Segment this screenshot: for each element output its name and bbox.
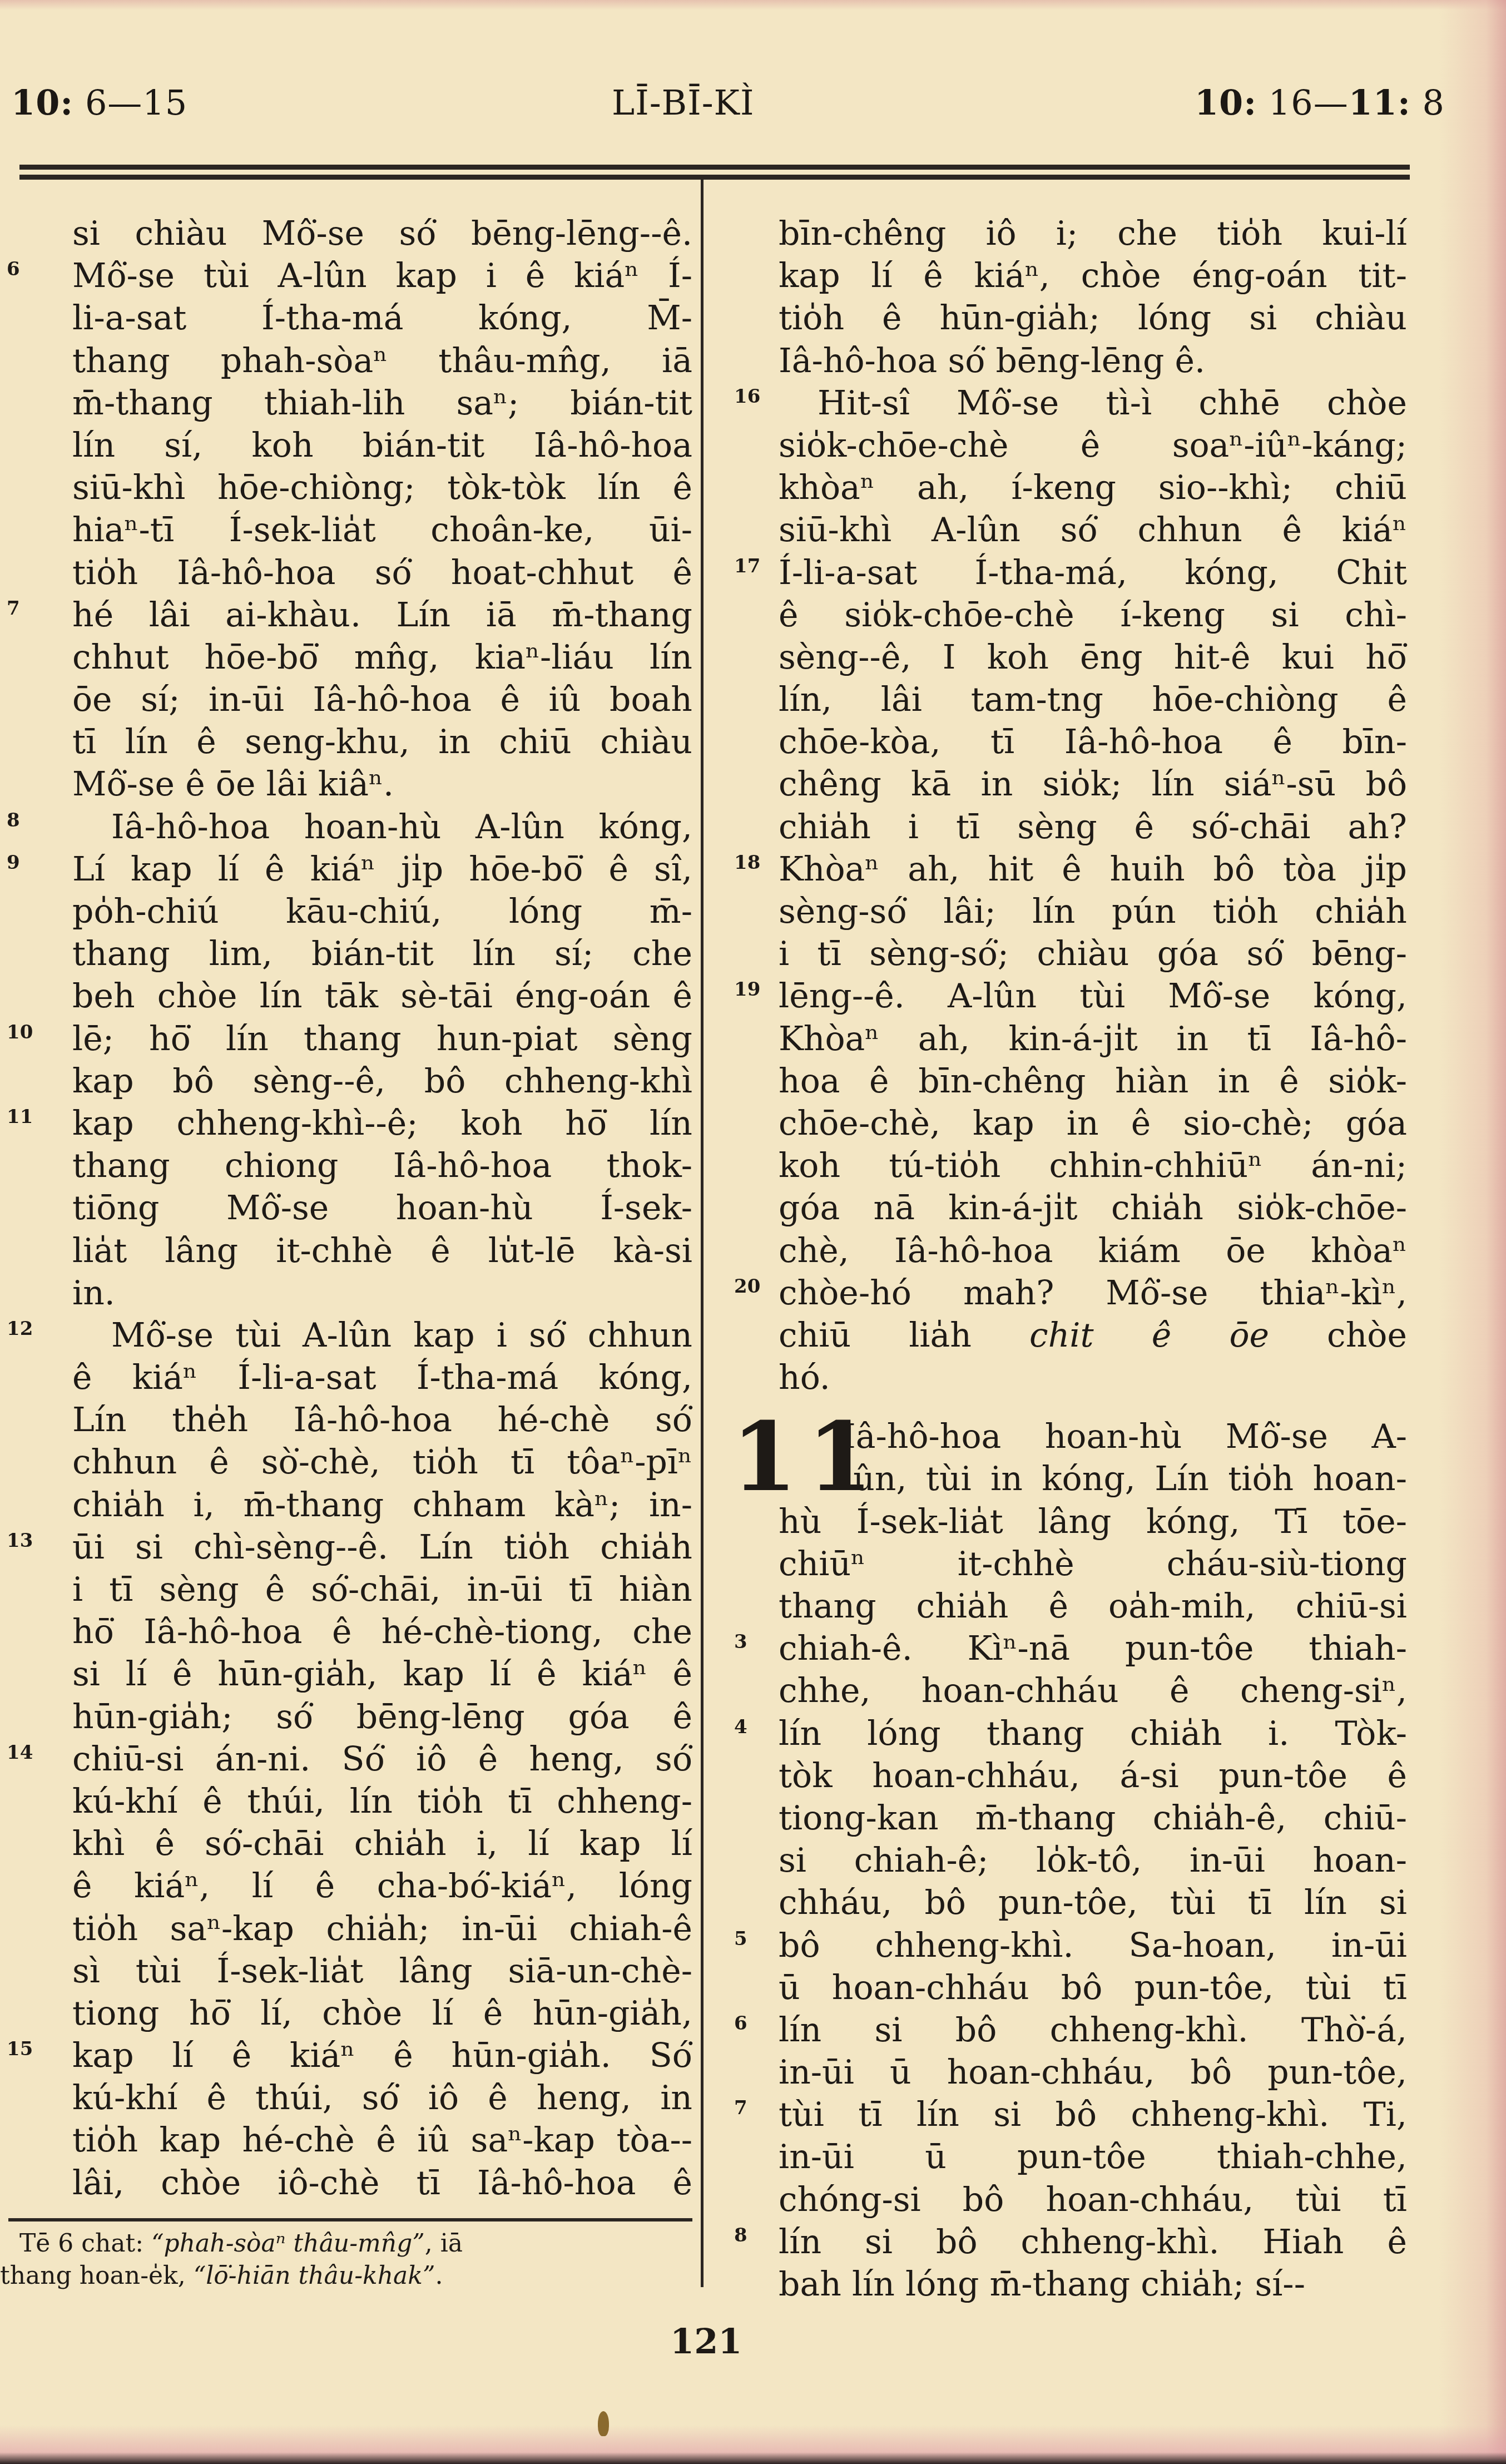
footnote-line: thang hoan-e̍k, “lō͘-hiān thâu-khak”. <box>0 2260 695 2292</box>
verse-text: lē; hō͘ lín thang hun-piat sèng <box>72 1018 692 1060</box>
verse-text: Khòaⁿ ah, hit ê huih bô tòa ji̍p <box>779 848 1407 890</box>
text-line: 15kap lí ê kiáⁿ ê hūn-gia̍h. Só͘ <box>0 2035 701 2077</box>
verse-number: 15 <box>7 2028 33 2070</box>
verse-text: chhun ê sò͘-chè, tio̍h tī tôaⁿ-pīⁿ <box>72 1441 692 1483</box>
text-line: tiōng Mô͘-se hoan-hù Í-sek- <box>0 1187 701 1229</box>
verse-text: chiū lia̍h chit ê ōe chòe <box>779 1314 1407 1357</box>
verse-text: sèng-só͘ lâi; lín pún tio̍h chia̍h <box>779 890 1407 933</box>
footnote-text: . <box>435 2262 443 2290</box>
text-line: lia̍t lâng it-chhè ê lu̍t-lē kà-si <box>0 1230 701 1272</box>
verse-text: thang lim, bián-tit lín sí; che <box>72 933 692 975</box>
text-line: 10lē; hō͘ lín thang hun-piat sèng <box>0 1018 701 1060</box>
chapter-bold: 10: <box>11 82 73 123</box>
verse-text: tī lín ê seng-khu, in chiū chiàu <box>72 721 692 763</box>
text-line: chháu, bô pun-tôe, tùi tī lín si <box>704 1882 1426 1924</box>
verse-text: chháu, bô pun-tôe, tùi tī lín si <box>779 1882 1407 1924</box>
verse-text: tòk hoan-chháu, á-si pun-tôe ê <box>779 1755 1407 1797</box>
verse-number: 3 <box>734 1621 747 1663</box>
right-column: bīn-chêng iô i; che tio̍h kui-líkap lí ê… <box>704 212 1426 2305</box>
verse-range: 16— <box>1257 82 1349 123</box>
text-line: tī lín ê seng-khu, in chiū chiàu <box>0 721 701 763</box>
text-line: kú-khí ê thúi, lín tio̍h tī chheng- <box>0 1780 701 1823</box>
text-line: thang chia̍h ê oa̍h-mih, chiū-si <box>704 1585 1426 1627</box>
verse-text: ōe sí; in-ūi Iâ-hô-hoa ê iû boah <box>72 679 692 721</box>
verse-text: ê sio̍k-chōe-chè í-keng si chì- <box>779 594 1407 636</box>
text-line: kap bô sèng--ê, bô chheng-khì <box>0 1060 701 1102</box>
verse-number: 19 <box>734 968 760 1011</box>
verse-number: 17 <box>734 545 760 587</box>
text-line: khòaⁿ ah, í-keng sio--khì; chiū <box>704 467 1426 509</box>
verse-text: lín si bô chheng-khì. Thò͘-á, <box>779 2009 1407 2051</box>
verse-text: chiūⁿ it-chhè cháu-siù-tiong <box>779 1543 1407 1585</box>
text-line: Mô͘-se ê ōe lâi kiâⁿ. <box>0 763 701 805</box>
verse-text: chè, Iâ-hô-hoa kiám ōe khòaⁿ <box>779 1230 1407 1272</box>
verse-text: Mô͘-se ê ōe lâi kiâⁿ. <box>72 763 692 805</box>
text-line: tiong-kan m̄-thang chia̍h-ê, chiū- <box>704 1797 1426 1839</box>
verse-text: hoa ê bīn-chêng hiàn in ê sio̍k- <box>779 1060 1407 1102</box>
verse-text: kap lí ê kiáⁿ, chòe éng-oán tit- <box>779 255 1407 297</box>
header-rule-bottom <box>19 175 1410 180</box>
verse-text: chōe-chè, kap in ê sio-chè; góa <box>779 1102 1407 1145</box>
text-line: chia̍h i, m̄-thang chham kàⁿ; in- <box>0 1484 701 1526</box>
text-line: chia̍h i tī sèng ê só͘-chāi ah? <box>704 806 1426 848</box>
verse-text: Lín the̍h Iâ-hô-hoa hé-chè só͘ <box>72 1399 692 1441</box>
text-line: chè, Iâ-hô-hoa kiám ōe khòaⁿ <box>704 1230 1426 1272</box>
verse-text: tio̍h saⁿ-kap chia̍h; in-ūi chiah-ê <box>72 1908 692 1950</box>
verse-number: 12 <box>7 1308 33 1350</box>
verse-text: lín sí, koh bián-tit Iâ-hô-hoa <box>72 424 692 467</box>
verse-number: 14 <box>7 1731 33 1774</box>
verse-text: kú-khí ê thúi, só͘ iô ê heng, in <box>72 2077 692 2119</box>
text-line: chiū lia̍h chit ê ōe chòe <box>704 1314 1426 1357</box>
verse-text: chêng kā in sio̍k; lín siáⁿ-sū bô <box>779 763 1407 805</box>
verse-text: tio̍h Iâ-hô-hoa só͘ hoat-chhut ê <box>72 552 692 594</box>
text-line: Lín the̍h Iâ-hô-hoa hé-chè só͘ <box>0 1399 701 1441</box>
text-line: lín sí, koh bián-tit Iâ-hô-hoa <box>0 424 701 467</box>
text-line: 9Lí kap lí ê kiáⁿ ji̍p hōe-bō͘ ê sî, <box>0 848 701 890</box>
footnote-quote: “lō͘-hiān thâu-khak” <box>194 2262 435 2290</box>
text-line: i tī sèng ê só͘-chāi, in-ūi tī hiàn <box>0 1569 701 1611</box>
verse-number: 16 <box>734 375 760 418</box>
verse-text: si chiàu Mô͘-se só͘ bēng-lēng--ê. <box>72 212 692 255</box>
verse-number: 9 <box>7 842 20 884</box>
verse-text: khòaⁿ ah, í-keng sio--khì; chiū <box>779 467 1407 509</box>
verse-text: chóng-si bô hoan-chháu, tùi tī <box>779 2179 1407 2221</box>
text-line: góa nā kin-á-ji̍t chia̍h sio̍k-chōe- <box>704 1187 1426 1229</box>
text-line: hoa ê bīn-chêng hiàn in ê sio̍k- <box>704 1060 1426 1102</box>
text-line: in. <box>0 1272 701 1314</box>
text-line: si lí ê hūn-gia̍h, kap lí ê kiáⁿ ê <box>0 1653 701 1695</box>
text-line: tiong hō͘ lí, chòe lí ê hūn-gia̍h, <box>0 1992 701 2035</box>
text-line: si chiàu Mô͘-se só͘ bēng-lēng--ê. <box>0 212 701 255</box>
text-line: kú-khí ê thúi, só͘ iô ê heng, in <box>0 2077 701 2119</box>
verse-text: tiong-kan m̄-thang chia̍h-ê, chiū- <box>779 1797 1407 1839</box>
text-line: 5bô chheng-khì. Sa-hoan, in-ūi <box>704 1924 1426 1967</box>
verse-text: kap bô sèng--ê, bô chheng-khì <box>72 1060 692 1102</box>
verse-range: 6—15 <box>73 82 187 123</box>
verse-text: li-a-sat Í-tha-má kóng, M̄- <box>72 297 692 339</box>
text-line: Khòaⁿ ah, kin-á-ji̍t in tī Iâ-hô- <box>704 1018 1426 1060</box>
footnote-rule <box>8 2218 692 2221</box>
verse-text: bīn-chêng iô i; che tio̍h kui-lí <box>779 212 1407 255</box>
text-line: chiūⁿ it-chhè cháu-siù-tiong <box>704 1543 1426 1585</box>
verse-text: ūi si chì-sèng--ê. Lín tio̍h chia̍h <box>72 1526 692 1569</box>
text-line: sèng--ê, I koh ēng hit-ê kui hō͘ <box>704 636 1426 679</box>
verse-text: i tī sèng ê só͘-chāi, in-ūi tī hiàn <box>72 1569 692 1611</box>
text-line: in-ūi ū pun-tôe thiah-chhe, <box>704 2136 1426 2178</box>
verse-text: Mô͘-se tùi A-lûn kap i só͘ chhun <box>72 1314 692 1357</box>
text-line: hó. <box>704 1357 1426 1399</box>
text-line: 6Mô͘-se tùi A-lûn kap i ê kiáⁿ Í- <box>0 255 701 297</box>
text-line: 7tùi tī lín si bô chheng-khì. Ti, <box>704 2094 1426 2136</box>
verse-text: chiah-ê. Kìⁿ-nā pun-tôe thiah- <box>779 1627 1407 1670</box>
text-line: ê sio̍k-chōe-chè í-keng si chì- <box>704 594 1426 636</box>
text-line: lín, lâi tam-tng hōe-chiòng ê <box>704 679 1426 721</box>
text-line: in-ūi ū hoan-chháu, bô pun-tôe, <box>704 2051 1426 2094</box>
verse-text: thang phah-sòaⁿ thâu-mn̂g, iā <box>72 340 692 382</box>
text-line: 17Í-li-a-sat Í-tha-má, kóng, Chit <box>704 552 1426 594</box>
verse-text: hūn-gia̍h; só͘ bēng-lēng góa ê <box>72 1696 692 1738</box>
verse-text: bô chheng-khì. Sa-hoan, in-ūi <box>779 1924 1407 1967</box>
verse-text: chhe, hoan-chháu ê cheng-siⁿ, <box>779 1670 1407 1712</box>
verse-text: lâi, chòe iô-chè tī Iâ-hô-hoa ê <box>72 2162 692 2204</box>
verse-text: siū-khì hōe-chiòng; tòk-tòk lín ê <box>72 467 692 509</box>
text-line: tòk hoan-chháu, á-si pun-tôe ê <box>704 1755 1426 1797</box>
verse-number: 8 <box>7 799 20 842</box>
verse-text: kap chheng-khì--ê; koh hō͘ lín <box>72 1102 692 1145</box>
text-line: bah lín lóng m̄-thang chia̍h; sí-- <box>704 2263 1426 2305</box>
verse-text: Iâ-hô-hoa hoan-hù Mô͘-se A- <box>843 1416 1407 1458</box>
verse-range: 8 <box>1411 82 1445 123</box>
verse-text: ê kiáⁿ, lí ê cha-bó͘-kiáⁿ, lóng <box>72 1865 692 1907</box>
verse-number: 11 <box>7 1096 33 1138</box>
text-line: thang chiong Iâ-hô-hoa thok- <box>0 1145 701 1187</box>
text-line: koh tú-tio̍h chhin-chhiūⁿ án-ni; <box>704 1145 1426 1187</box>
verse-text: lûn, tùi in kóng, Lín tio̍h hoan- <box>843 1458 1407 1500</box>
text-line: tio̍h kap hé-chè ê iû saⁿ-kap tòa-- <box>0 2119 701 2161</box>
verse-text: lín si bô chheng-khì. Hiah ê <box>779 2221 1407 2263</box>
text-line: 7hé lâi ai-khàu. Lín iā m̄-thang <box>0 594 701 636</box>
verse-text: chiū-si án-ni. Só͘ iô ê heng, só͘ <box>72 1738 692 1780</box>
text-line: po̍h-chiú kāu-chiú, lóng m̄- <box>0 890 701 933</box>
text-line: 20chòe-hó mah? Mô͘-se thiaⁿ-kìⁿ, <box>704 1272 1426 1314</box>
verse-text: tiong hō͘ lí, chòe lí ê hūn-gia̍h, <box>72 1992 692 2035</box>
text-line: m̄-thang thiah-lih saⁿ; bián-tit <box>0 382 701 424</box>
text-line: 11kap chheng-khì--ê; koh hō͘ lín <box>0 1102 701 1145</box>
running-header: 10: 6—15 LĪ-BĪ-KÌ 10: 16—11: 8 <box>0 78 1506 128</box>
verse-text: chia̍h i, m̄-thang chham kàⁿ; in- <box>72 1484 692 1526</box>
verse-number: 5 <box>734 1918 747 1960</box>
chapter-bold: 10: <box>1195 82 1257 123</box>
verse-number: 6 <box>734 2002 747 2045</box>
text-line: thang lim, bián-tit lín sí; che <box>0 933 701 975</box>
verse-text: tio̍h kap hé-chè ê iû saⁿ-kap tòa-- <box>72 2119 692 2161</box>
verse-text: Mô͘-se tùi A-lûn kap i ê kiáⁿ Í- <box>72 255 692 297</box>
verse-text: beh chòe lín tāk sè-tāi éng-oán ê <box>72 975 692 1017</box>
text-line: 13ūi si chì-sèng--ê. Lín tio̍h chia̍h <box>0 1526 701 1569</box>
verse-number: 4 <box>734 1706 747 1748</box>
verse-text: lēng--ê. A-lûn tùi Mô͘-se kóng, <box>779 975 1407 1017</box>
verse-number: 7 <box>7 587 20 630</box>
text-line: beh chòe lín tāk sè-tāi éng-oán ê <box>0 975 701 1017</box>
text-line: chêng kā in sio̍k; lín siáⁿ-sū bô <box>704 763 1426 805</box>
text-line: 14chiū-si án-ni. Só͘ iô ê heng, só͘ <box>0 1738 701 1780</box>
verse-text: Lí kap lí ê kiáⁿ ji̍p hōe-bō͘ ê sî, <box>72 848 692 890</box>
footnote-text: thang hoan-e̍k, <box>0 2262 194 2290</box>
verse-text: kú-khí ê thúi, lín tio̍h tī chheng- <box>72 1780 692 1823</box>
text-line: bīn-chêng iô i; che tio̍h kui-lí <box>704 212 1426 255</box>
verse-text: hō͘ Iâ-hô-hoa ê hé-chè-tiong, che <box>72 1611 692 1653</box>
verse-number: 13 <box>7 1520 33 1562</box>
verse-text: góa nā kin-á-ji̍t chia̍h sio̍k-chōe- <box>779 1187 1407 1229</box>
text-line: hiaⁿ-tī Í-sek-lia̍t choân-ke, ūi- <box>0 509 701 551</box>
page-edge-top <box>0 0 1506 10</box>
footnote: Tē 6 chat: “phah-sòaⁿ thâu-mn̂g”, iā tha… <box>0 2228 695 2292</box>
text-line: chhun ê sò͘-chè, tio̍h tī tôaⁿ-pīⁿ <box>0 1441 701 1483</box>
verse-text: kap lí ê kiáⁿ ê hūn-gia̍h. Só͘ <box>72 2035 692 2077</box>
page-edge-right <box>1439 0 1506 2464</box>
verse-text: thang chia̍h ê oa̍h-mih, chiū-si <box>779 1585 1407 1627</box>
verse-text: tùi tī lín si bô chheng-khì. Ti, <box>779 2094 1407 2136</box>
left-column: si chiàu Mô͘-se só͘ bēng-lēng--ê.6Mô͘-se… <box>0 212 701 2204</box>
text-line: tio̍h Iâ-hô-hoa só͘ hoat-chhut ê <box>0 552 701 594</box>
footnote-text: , iā <box>425 2229 463 2258</box>
verse-text: in-ūi ū hoan-chháu, bô pun-tôe, <box>779 2051 1407 2094</box>
verse-text: ū hoan-chháu bô pun-tôe, tùi tī <box>779 1967 1407 2009</box>
verse-text: Iâ-hô-hoa hoan-hù A-lûn kóng, <box>72 806 692 848</box>
text-line: ê kiáⁿ, lí ê cha-bó͘-kiáⁿ, lóng <box>0 1865 701 1907</box>
verse-number: 18 <box>734 842 760 884</box>
footnote-line: Tē 6 chat: “phah-sòaⁿ thâu-mn̂g”, iā <box>0 2228 695 2260</box>
verse-number: 20 <box>734 1265 760 1308</box>
header-right-reference: 10: 16—11: 8 <box>1195 78 1445 128</box>
paper-stain <box>598 2411 609 2436</box>
text-line: ê kiáⁿ Í-li-a-sat Í-tha-má kóng, <box>0 1357 701 1399</box>
chapter-bold: 11: <box>1349 82 1411 123</box>
text-line: si chiah-ê; lo̍k-tô, in-ūi hoan- <box>704 1839 1426 1882</box>
verse-text: hó. <box>779 1357 1407 1399</box>
verse-text: chhut hōe-bō͘ mn̂g, kiaⁿ-liáu lín <box>72 636 692 679</box>
verse-text: bah lín lóng m̄-thang chia̍h; sí-- <box>779 2263 1407 2305</box>
text-line: chōe-chè, kap in ê sio-chè; góa <box>704 1102 1426 1145</box>
page-number: 121 <box>670 2322 742 2361</box>
text-line: chhut hōe-bō͘ mn̂g, kiaⁿ-liáu lín <box>0 636 701 679</box>
text-line: siū-khì hōe-chiòng; tòk-tòk lín ê <box>0 467 701 509</box>
verse-number: 10 <box>7 1011 33 1053</box>
text-line: sì tùi Í-sek-lia̍t lâng siā-un-chè- <box>0 1950 701 1992</box>
text-line: thang phah-sòaⁿ thâu-mn̂g, iā <box>0 340 701 382</box>
verse-text: si chiah-ê; lo̍k-tô, in-ūi hoan- <box>779 1839 1407 1882</box>
header-rule-top <box>19 165 1410 170</box>
verse-number: 7 <box>734 2087 747 2129</box>
text-line: ōe sí; in-ūi Iâ-hô-hoa ê iû boah <box>0 679 701 721</box>
verse-text: lia̍t lâng it-chhè ê lu̍t-lē kà-si <box>72 1230 692 1272</box>
chapter-number: 11 <box>731 1410 883 1505</box>
verse-text: sì tùi Í-sek-lia̍t lâng siā-un-chè- <box>72 1950 692 1992</box>
text-line: 18Khòaⁿ ah, hit ê huih bô tòa ji̍p <box>704 848 1426 890</box>
text-line: hō͘ Iâ-hô-hoa ê hé-chè-tiong, che <box>0 1611 701 1653</box>
book-title: LĪ-BĪ-KÌ <box>612 78 754 128</box>
verse-text: khì ê só͘-chāi chia̍h i, lí kap lí <box>72 1823 692 1865</box>
footnote-text: Tē 6 chat: <box>19 2229 151 2258</box>
text-line: sio̍k-chōe-chè ê soaⁿ-iûⁿ-káng; <box>704 424 1426 467</box>
verse-text: Iâ-hô-hoa só͘ bēng-lēng ê. <box>779 340 1407 382</box>
verse-text: tiōng Mô͘-se hoan-hù Í-sek- <box>72 1187 692 1229</box>
verse-text: po̍h-chiú kāu-chiú, lóng m̄- <box>72 890 692 933</box>
text-line: 16Hit-sî Mô͘-se tì-ì chhē chòe <box>704 382 1426 424</box>
verse-text: in. <box>72 1272 692 1314</box>
page-edge-bottom <box>0 2425 1506 2464</box>
text-line: chóng-si bô hoan-chháu, tùi tī <box>704 2179 1426 2221</box>
verse-text: hé lâi ai-khàu. Lín iā m̄-thang <box>72 594 692 636</box>
text-line: chōe-kòa, tī Iâ-hô-hoa ê bīn- <box>704 721 1426 763</box>
verse-text: tio̍h ê hūn-gia̍h; lóng si chiàu <box>779 297 1407 339</box>
verse-text: Í-li-a-sat Í-tha-má, kóng, Chit <box>779 552 1407 594</box>
verse-text: lín lóng thang chia̍h i. Tòk- <box>779 1713 1407 1755</box>
verse-text: in-ūi ū pun-tôe thiah-chhe, <box>779 2136 1407 2178</box>
text-line: kap lí ê kiáⁿ, chòe éng-oán tit- <box>704 255 1426 297</box>
text-line: 8lín si bô chheng-khì. Hiah ê <box>704 2221 1426 2263</box>
text-line: li-a-sat Í-tha-má kóng, M̄- <box>0 297 701 339</box>
verse-text: si lí ê hūn-gia̍h, kap lí ê kiáⁿ ê <box>72 1653 692 1695</box>
verse-text: chòe-hó mah? Mô͘-se thiaⁿ-kìⁿ, <box>779 1272 1407 1314</box>
verse-text: m̄-thang thiah-lih saⁿ; bián-tit <box>72 382 692 424</box>
text-line: hūn-gia̍h; só͘ bēng-lēng góa ê <box>0 1696 701 1738</box>
text-line: ū hoan-chháu bô pun-tôe, tùi tī <box>704 1967 1426 2009</box>
text-line: 4lín lóng thang chia̍h i. Tòk- <box>704 1713 1426 1755</box>
text-line: 19lēng--ê. A-lûn tùi Mô͘-se kóng, <box>704 975 1426 1017</box>
header-left-reference: 10: 6—15 <box>11 78 187 128</box>
text-line: sèng-só͘ lâi; lín pún tio̍h chia̍h <box>704 890 1426 933</box>
text-line: i tī sèng-só͘; chiàu góa só͘ bēng- <box>704 933 1426 975</box>
verse-text: Khòaⁿ ah, kin-á-ji̍t in tī Iâ-hô- <box>779 1018 1407 1060</box>
verse-text: chōe-kòa, tī Iâ-hô-hoa ê bīn- <box>779 721 1407 763</box>
verse-text: koh tú-tio̍h chhin-chhiūⁿ án-ni; <box>779 1145 1407 1187</box>
text-line: lâi, chòe iô-chè tī Iâ-hô-hoa ê <box>0 2162 701 2204</box>
text-line: 6lín si bô chheng-khì. Thò͘-á, <box>704 2009 1426 2051</box>
text-line: siū-khì A-lûn só͘ chhun ê kiáⁿ <box>704 509 1426 551</box>
verse-text: i tī sèng-só͘; chiàu góa só͘ bēng- <box>779 933 1407 975</box>
text-line: chhe, hoan-chháu ê cheng-siⁿ, <box>704 1670 1426 1712</box>
text-line: 3chiah-ê. Kìⁿ-nā pun-tôe thiah- <box>704 1627 1426 1670</box>
verse-text: chia̍h i tī sèng ê só͘-chāi ah? <box>779 806 1407 848</box>
text-line: Iâ-hô-hoa só͘ bēng-lēng ê. <box>704 340 1426 382</box>
footnote-quote: “phah-sòaⁿ thâu-mn̂g” <box>151 2229 425 2258</box>
text-line: tio̍h ê hūn-gia̍h; lóng si chiàu <box>704 297 1426 339</box>
verse-text: hiaⁿ-tī Í-sek-lia̍t choân-ke, ūi- <box>72 509 692 551</box>
text-line: khì ê só͘-chāi chia̍h i, lí kap lí <box>0 1823 701 1865</box>
verse-text: ê kiáⁿ Í-li-a-sat Í-tha-má kóng, <box>72 1357 692 1399</box>
verse-text: sio̍k-chōe-chè ê soaⁿ-iûⁿ-káng; <box>779 424 1407 467</box>
verse-text: sèng--ê, I koh ēng hit-ê kui hō͘ <box>779 636 1407 679</box>
text-line: 12Mô͘-se tùi A-lûn kap i só͘ chhun <box>0 1314 701 1357</box>
verse-number: 8 <box>734 2214 747 2257</box>
verse-number: 6 <box>7 248 20 290</box>
text-line: tio̍h saⁿ-kap chia̍h; in-ūi chiah-ê <box>0 1908 701 1950</box>
verse-text: lín, lâi tam-tng hōe-chiòng ê <box>779 679 1407 721</box>
verse-text: Hit-sî Mô͘-se tì-ì chhē chòe <box>779 382 1407 424</box>
text-line: 8Iâ-hô-hoa hoan-hù A-lûn kóng, <box>0 806 701 848</box>
verse-text: siū-khì A-lûn só͘ chhun ê kiáⁿ <box>779 509 1407 551</box>
verse-text: thang chiong Iâ-hô-hoa thok- <box>72 1145 692 1187</box>
